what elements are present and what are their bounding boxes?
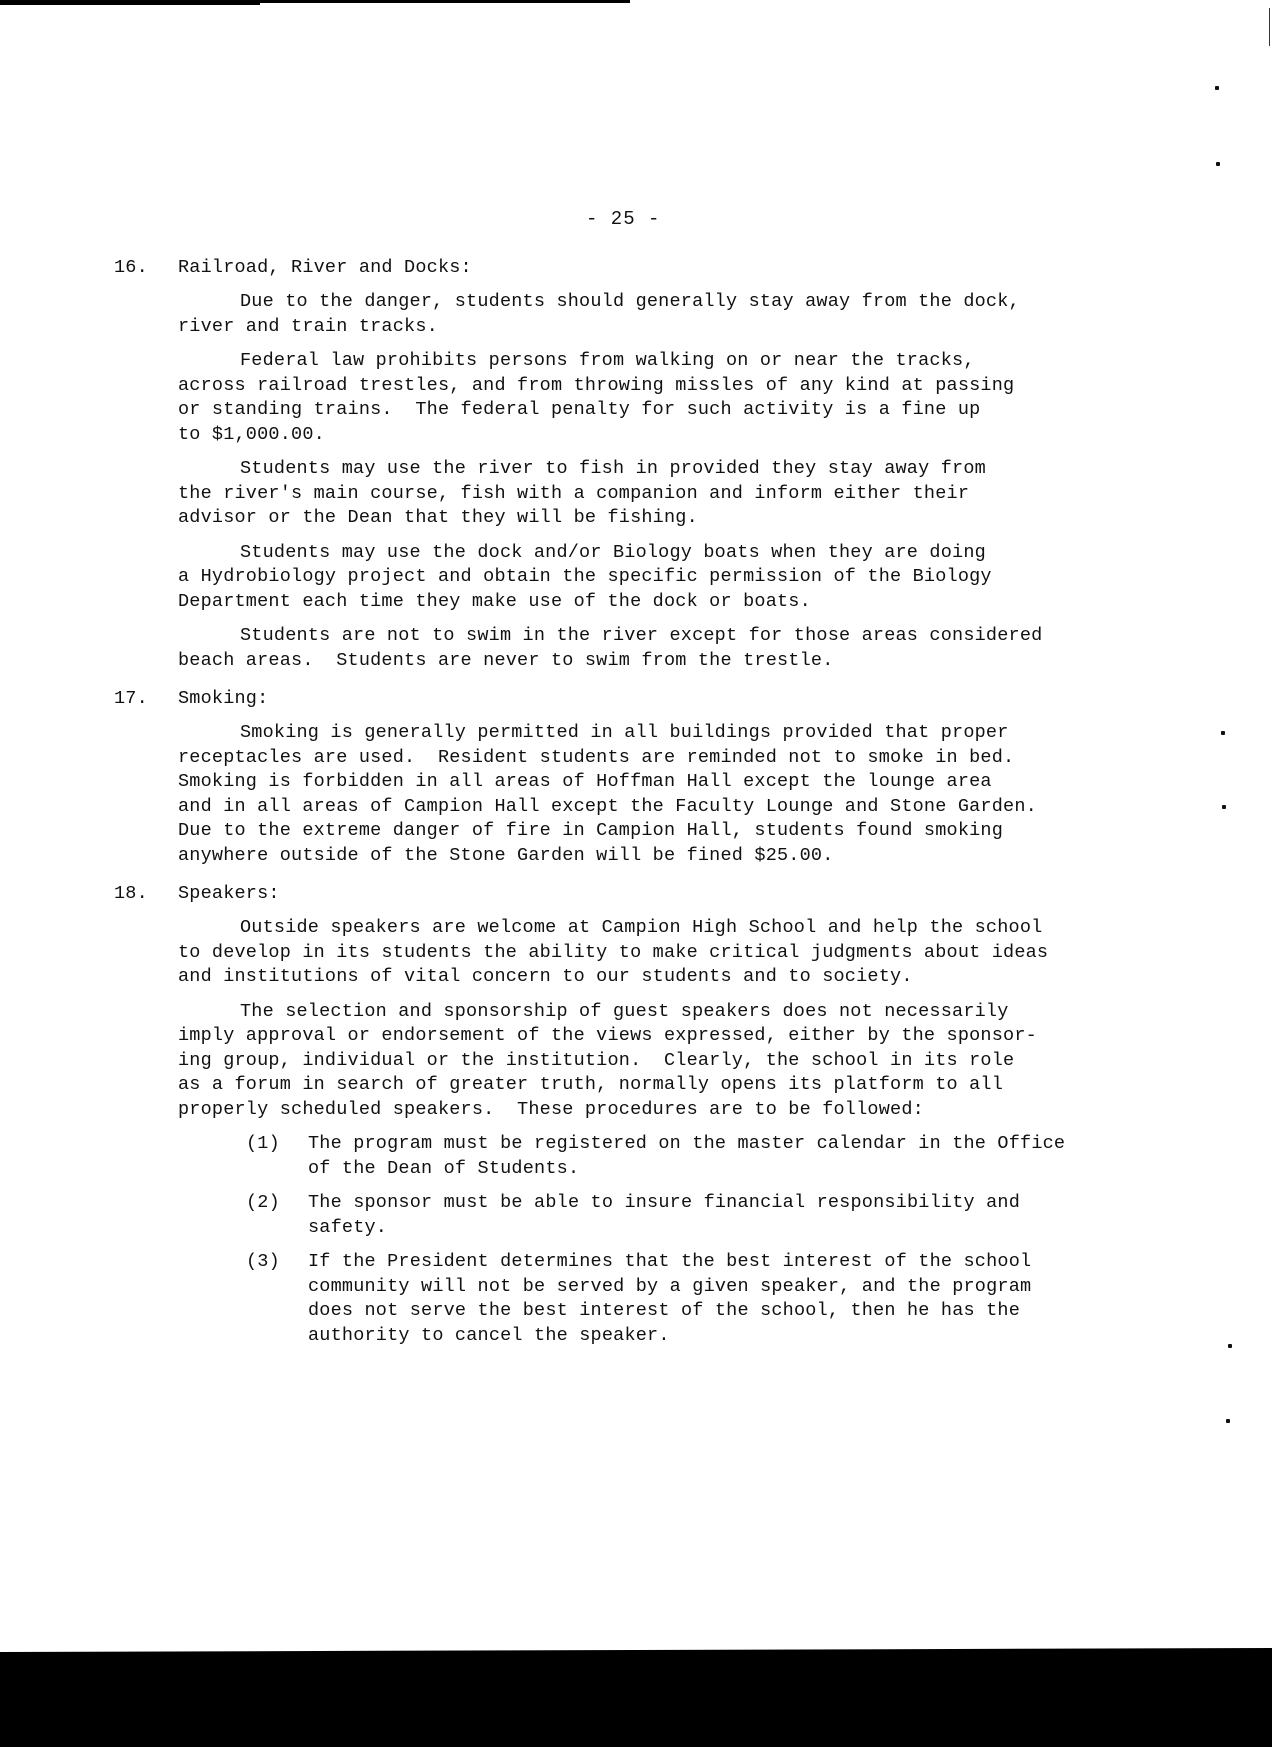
text-line: anywhere outside of the Stone Garden wil… bbox=[178, 844, 1154, 869]
text-line: beach areas. Students are never to swim … bbox=[178, 649, 1154, 674]
text-line: of the Dean of Students. bbox=[308, 1157, 1065, 1182]
text-line: Due to the danger, students should gener… bbox=[178, 290, 1154, 315]
scan-edge-right bbox=[1269, 8, 1270, 46]
text-line: imply approval or endorsement of the vie… bbox=[178, 1024, 1154, 1049]
text-line: Outside speakers are welcome at Campion … bbox=[178, 916, 1154, 941]
text-line: Due to the extreme danger of fire in Cam… bbox=[178, 819, 1154, 844]
section-title: Smoking: bbox=[178, 687, 268, 713]
text-line: advisor or the Dean that they will be fi… bbox=[178, 506, 1154, 531]
scan-speck bbox=[1215, 86, 1219, 90]
section-number: 17. bbox=[114, 687, 178, 713]
section-title: Speakers: bbox=[178, 882, 280, 908]
text-line: and in all areas of Campion Hall except … bbox=[178, 795, 1154, 820]
text-line: Students may use the dock and/or Biology… bbox=[178, 541, 1154, 566]
section-number: 18. bbox=[114, 882, 178, 908]
text-line: Federal law prohibits persons from walki… bbox=[178, 349, 1154, 374]
scan-speck bbox=[1216, 162, 1220, 166]
text-line: If the President determines that the bes… bbox=[308, 1250, 1031, 1275]
procedure-number: (3) bbox=[246, 1250, 308, 1348]
text-line: properly scheduled speakers. These proce… bbox=[178, 1098, 1154, 1123]
text-line: Department each time they make use of th… bbox=[178, 590, 1154, 615]
text-line: Smoking is forbidden in all areas of Hof… bbox=[178, 770, 1154, 795]
scan-edge-bottom bbox=[0, 1648, 1272, 1747]
procedure-text: The sponsor must be able to insure finan… bbox=[308, 1191, 1020, 1240]
section-heading: 17. Smoking: bbox=[114, 687, 1154, 713]
text-line: Students may use the river to fish in pr… bbox=[178, 457, 1154, 482]
procedure-item: (1) The program must be registered on th… bbox=[246, 1132, 1154, 1181]
paragraph: The selection and sponsorship of guest s… bbox=[178, 1000, 1154, 1123]
paragraph: Smoking is generally permitted in all bu… bbox=[178, 721, 1154, 868]
procedure-text: If the President determines that the bes… bbox=[308, 1250, 1031, 1348]
text-line: The sponsor must be able to insure finan… bbox=[308, 1191, 1020, 1216]
procedure-text: The program must be registered on the ma… bbox=[308, 1132, 1065, 1181]
section-number: 16. bbox=[114, 256, 178, 282]
section-speakers: 18. Speakers: Outside speakers are welco… bbox=[114, 882, 1154, 1348]
paragraph: Federal law prohibits persons from walki… bbox=[178, 349, 1154, 447]
text-line: ing group, individual or the institution… bbox=[178, 1049, 1154, 1074]
scan-speck bbox=[1222, 805, 1226, 809]
procedure-item: (2) The sponsor must be able to insure f… bbox=[246, 1191, 1154, 1240]
section-title: Railroad, River and Docks: bbox=[178, 256, 472, 282]
section-heading: 18. Speakers: bbox=[114, 882, 1154, 908]
text-line: Students are not to swim in the river ex… bbox=[178, 624, 1154, 649]
procedure-number: (1) bbox=[246, 1132, 308, 1181]
section-smoking: 17. Smoking: Smoking is generally permit… bbox=[114, 687, 1154, 868]
paragraph: Due to the danger, students should gener… bbox=[178, 290, 1154, 339]
text-line: as a forum in search of greater truth, n… bbox=[178, 1073, 1154, 1098]
section-heading: 16. Railroad, River and Docks: bbox=[114, 256, 1154, 282]
document-body: 16. Railroad, River and Docks: Due to th… bbox=[114, 256, 1154, 1362]
text-line: The selection and sponsorship of guest s… bbox=[178, 1000, 1154, 1025]
text-line: the river's main course, fish with a com… bbox=[178, 482, 1154, 507]
text-line: or standing trains. The federal penalty … bbox=[178, 398, 1154, 423]
paragraph: Students may use the dock and/or Biology… bbox=[178, 541, 1154, 615]
text-line: safety. bbox=[308, 1216, 1020, 1241]
scan-speck bbox=[1226, 1419, 1230, 1423]
paragraph: Students may use the river to fish in pr… bbox=[178, 457, 1154, 531]
text-line: receptacles are used. Resident students … bbox=[178, 746, 1154, 771]
text-line: does not serve the best interest of the … bbox=[308, 1299, 1031, 1324]
page-number: - 25 - bbox=[586, 208, 660, 230]
text-line: Smoking is generally permitted in all bu… bbox=[178, 721, 1154, 746]
text-line: river and train tracks. bbox=[178, 315, 1154, 340]
scan-speck bbox=[1221, 731, 1225, 735]
procedure-list: (1) The program must be registered on th… bbox=[246, 1132, 1154, 1348]
procedure-item: (3) If the President determines that the… bbox=[246, 1250, 1154, 1348]
paragraph: Students are not to swim in the river ex… bbox=[178, 624, 1154, 673]
text-line: to $1,000.00. bbox=[178, 423, 1154, 448]
text-line: and institutions of vital concern to our… bbox=[178, 965, 1154, 990]
section-railroad-river-docks: 16. Railroad, River and Docks: Due to th… bbox=[114, 256, 1154, 673]
paragraph: Outside speakers are welcome at Campion … bbox=[178, 916, 1154, 990]
text-line: a Hydrobiology project and obtain the sp… bbox=[178, 565, 1154, 590]
text-line: authority to cancel the speaker. bbox=[308, 1324, 1031, 1349]
text-line: The program must be registered on the ma… bbox=[308, 1132, 1065, 1157]
text-line: community will not be served by a given … bbox=[308, 1275, 1031, 1300]
text-line: across railroad trestles, and from throw… bbox=[178, 374, 1154, 399]
procedure-number: (2) bbox=[246, 1191, 308, 1240]
scan-speck bbox=[1228, 1344, 1232, 1348]
text-line: to develop in its students the ability t… bbox=[178, 941, 1154, 966]
scan-edge-top-thin bbox=[0, 3, 260, 5]
